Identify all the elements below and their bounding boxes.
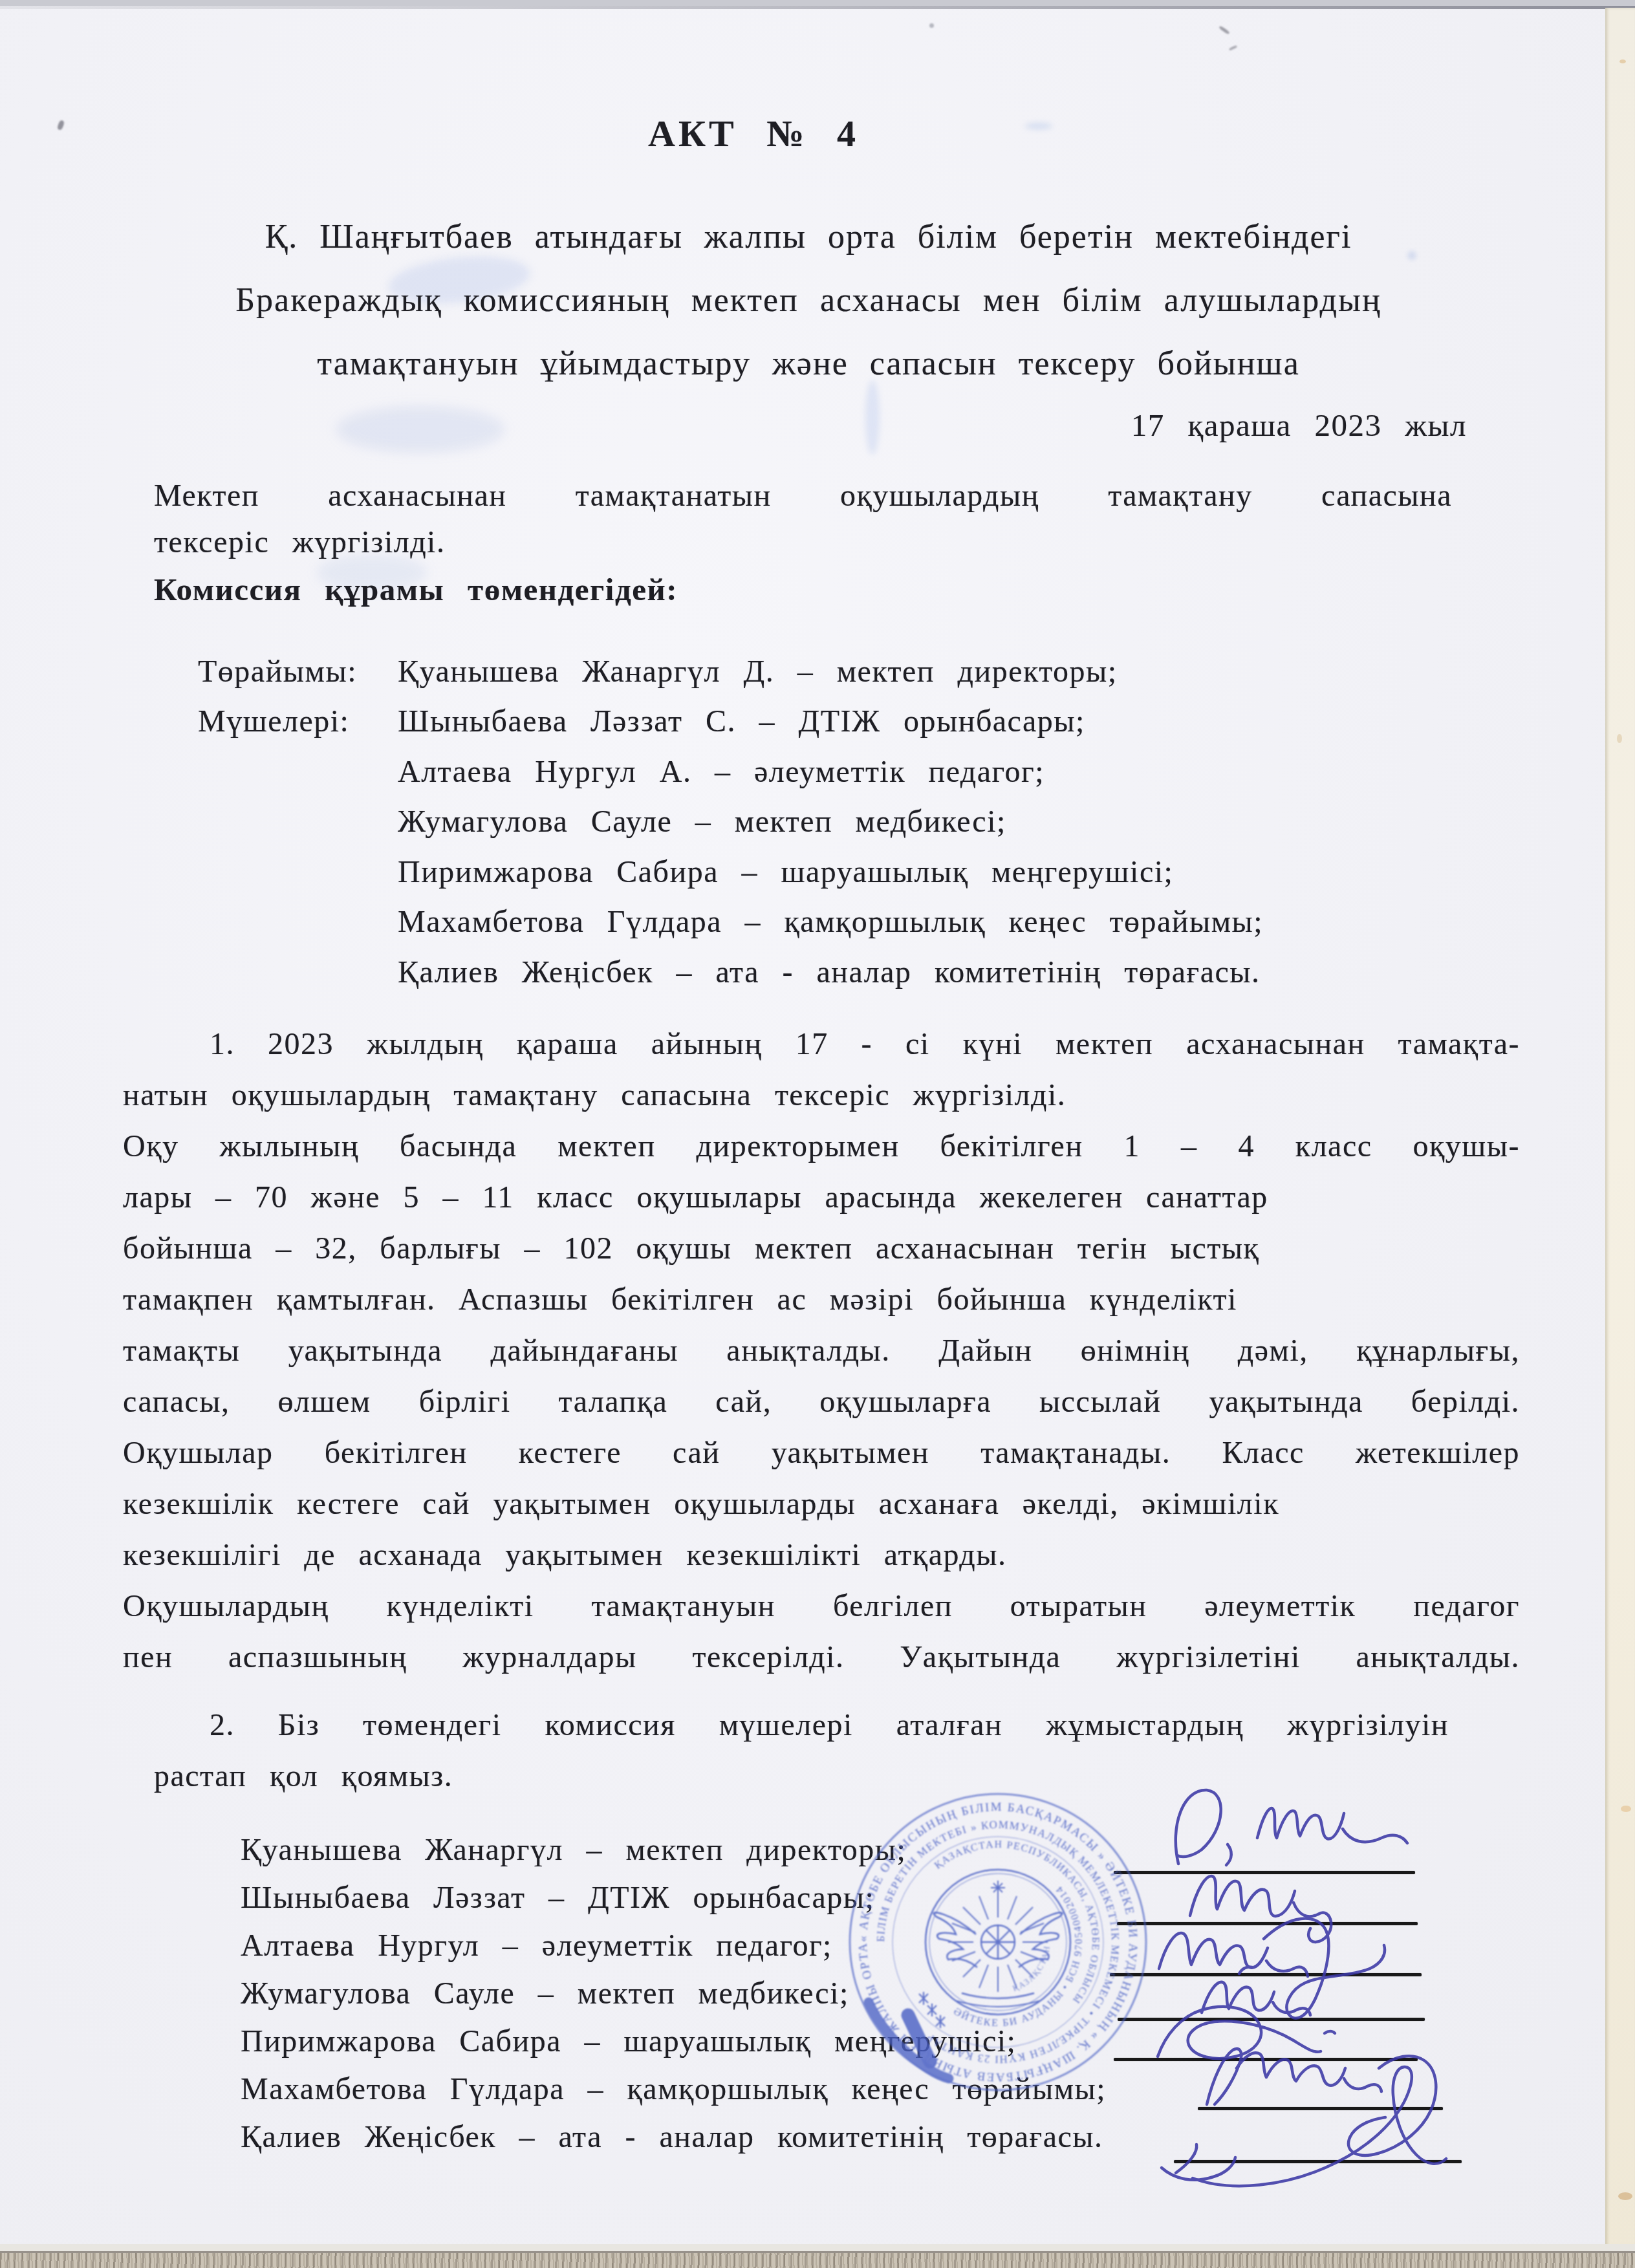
paragraph-line: лары – 70 және 5 – 11 класс оқушылары ар… xyxy=(123,1182,1268,1214)
paragraph-line: пен аспазшының журналдары тексерілді. Уа… xyxy=(123,1641,1520,1674)
signature-1 xyxy=(1176,1790,1407,1865)
signature-line xyxy=(1174,2160,1462,2163)
bleed-through-mark xyxy=(336,406,504,453)
svg-text:ҚАЗАҚСТАН: ҚАЗАҚСТАН xyxy=(1011,1945,1052,1993)
signature-line xyxy=(1198,2107,1443,2110)
paragraph-line: кезекшілік кестеге сай уақытымен оқушыла… xyxy=(123,1488,1279,1520)
paragraph-line: растап қол қоямыз. xyxy=(154,1760,453,1793)
document-date: 17 қараша 2023 жыл xyxy=(1014,409,1467,442)
scanned-document: { "page": { "paper_color": "#f2f2f7", "i… xyxy=(0,0,1635,2268)
scan-speck xyxy=(57,120,65,131)
commission-name: Қуанышева Жанаргүл Д. – мектеп директоры… xyxy=(398,656,1118,688)
bleed-through-mark xyxy=(865,380,880,455)
paragraph-line: тамақпен қамтылған. Аспазшы бекітілген а… xyxy=(123,1284,1237,1316)
signature-6 xyxy=(1207,2049,1436,2155)
stamp-emblem xyxy=(934,1881,1063,2007)
signatory-name: Шыныбаева Ләззат – ДТІЖ орынбасары; xyxy=(241,1882,874,1914)
paragraph-line: Оқушылардың күнделікті тамақтануын белгі… xyxy=(123,1590,1520,1623)
commission-heading: Комиссия құрамы төмендегідей: xyxy=(154,573,678,606)
commission-name: Шыныбаева Ләззат С. – ДТІЖ орынбасары; xyxy=(398,706,1085,738)
paragraph-line: Оқу жылының басында мектеп директорымен … xyxy=(123,1130,1520,1163)
edge-stain xyxy=(1621,1806,1631,1812)
signatory-name: Алтаева Нургул – әлеуметтік педагог; xyxy=(241,1930,832,1962)
paragraph-line: тамақты уақытында дайындағаны анықталды.… xyxy=(123,1335,1520,1367)
signature-line xyxy=(1118,2018,1425,2021)
stamp-stars xyxy=(919,1992,945,2028)
signature-line xyxy=(1114,1871,1415,1874)
commission-name: Алтаева Нургул А. – әлеуметтік педагог; xyxy=(398,756,1045,788)
signature-line xyxy=(1117,1922,1418,1925)
paragraph-line: сапасы, өлшем бірлігі талапқа сай, оқушы… xyxy=(123,1386,1520,1418)
paragraph-line: натын оқушылардың тамақтану сапасына тек… xyxy=(123,1079,1066,1112)
commission-name: Махамбетова Гүлдара – қамқоршылық кеңес … xyxy=(398,906,1263,938)
document-title: АКТ № 4 xyxy=(103,114,1403,154)
signature-5 xyxy=(1158,2007,1335,2058)
edge-stain xyxy=(1619,59,1626,63)
signature-3 xyxy=(1159,1919,1385,2018)
intro-line: Мектеп асханасынан тамақтанатын оқушылар… xyxy=(154,480,1452,512)
commission-name: Пиримжарова Сабира – шаруашылық меңгеруш… xyxy=(398,856,1173,889)
stamp-ring-bottom-text: ӘЙТЕКЕ БИ АУДАНЫ • БСН 970540002014 xyxy=(951,1883,1085,2029)
commission-role: Төрайымы: xyxy=(198,656,357,688)
commission-name: Жумагулова Сауле – мектеп медбикесі; xyxy=(398,806,1006,838)
edge-stain xyxy=(1617,734,1622,743)
paper-edge-top-line xyxy=(0,6,1635,9)
heading-line-1: Қ. Шаңғытбаев атындағы жалпы орта білім … xyxy=(87,220,1530,255)
handwritten-signatures xyxy=(1158,1790,1446,2186)
svg-text:ӘЙТЕКЕ БИ АУДАНЫ • БСН 9705400: ӘЙТЕКЕ БИ АУДАНЫ • БСН 970540002014 xyxy=(951,1883,1085,2029)
signature-2 xyxy=(1190,1876,1331,1942)
scan-speck xyxy=(1218,25,1230,34)
svg-text:ҚАЗАҚСТАН РЕСПУБЛИКАСЫ, АҚТӨБЕ: ҚАЗАҚСТАН РЕСПУБЛИКАСЫ, АҚТӨБЕ ОБЛЫСЫ xyxy=(933,1839,1101,2006)
edge-stain xyxy=(1618,2192,1632,2200)
signature-line xyxy=(1114,2058,1418,2061)
heading-line-3: тамақтануын ұйымдастыру және сапасын тек… xyxy=(87,347,1530,382)
paragraph-line: кезекшілігі де асханада уақытымен кезекш… xyxy=(123,1539,1007,1571)
scan-speck xyxy=(1229,45,1237,50)
paragraph-line: 2. Біз төмендегі комиссия мүшелері аталғ… xyxy=(123,1709,1449,1742)
paragraph-line: 1. 2023 жылдың қараша айының 17 - сі күн… xyxy=(123,1028,1520,1061)
stamp-ring-inner-text: ҚАЗАҚСТАН РЕСПУБЛИКАСЫ, АҚТӨБЕ ОБЛЫСЫ xyxy=(933,1839,1101,2006)
paper-edge-top xyxy=(0,0,1635,6)
signatory-name: Қуанышева Жанаргүл – мектеп директоры; xyxy=(241,1834,906,1866)
scanner-background-strip xyxy=(0,2253,1635,2268)
commission-role: Мүшелері: xyxy=(198,706,349,738)
intro-line: тексеріс жүргізілді. xyxy=(154,526,445,559)
signature-line xyxy=(1110,1973,1422,1976)
commission-name: Қалиев Жеңісбек – ата - аналар комитетін… xyxy=(398,956,1261,989)
document-page: АКТ № 4 Қ. Шаңғытбаев атындағы жалпы орт… xyxy=(0,0,1635,2268)
paragraph-line: Оқушылар бекітілген кестеге сай уақытыме… xyxy=(123,1437,1520,1469)
stamp-center-label: ҚАЗАҚСТАН xyxy=(1011,1945,1052,1993)
heading-line-2: Бракераждық комиссияның мектеп асханасы … xyxy=(87,283,1530,319)
paragraph-line: бойынша – 32, барлығы – 102 оқушы мектеп… xyxy=(123,1233,1259,1265)
signatory-name: Жумагулова Сауле – мектеп медбикесі; xyxy=(241,1978,849,2010)
signatory-name: Пиримжарова Сабира – шаруашылық меңгеруш… xyxy=(241,2025,1016,2058)
scan-speck xyxy=(929,23,934,28)
signature-7 xyxy=(1162,2067,1446,2186)
paper-edge-right xyxy=(1605,8,1635,2268)
signatory-name: Қалиев Жеңісбек – ата - аналар комитетін… xyxy=(241,2121,1103,2154)
signatory-name: Махамбетова Гүлдара – қамқоршылық кеңес … xyxy=(241,2073,1106,2106)
